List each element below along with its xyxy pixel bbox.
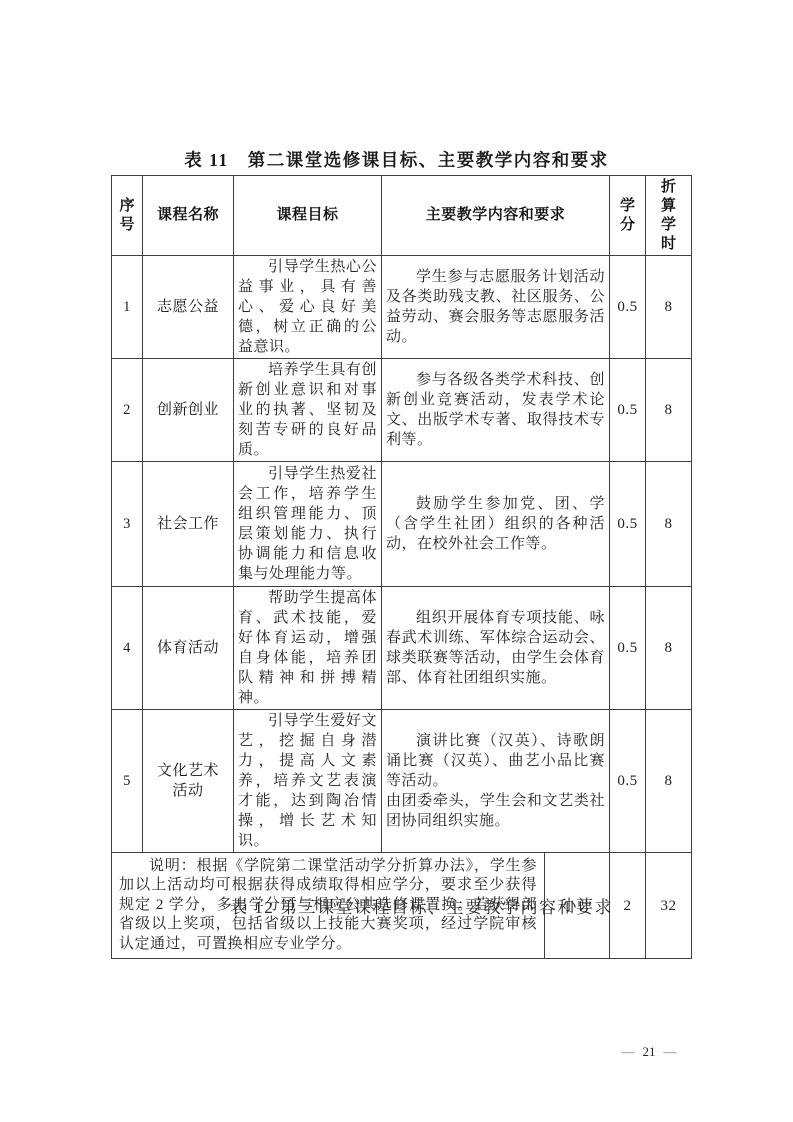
row3-content-text: 鼓励学生参加党、团、学（含学生社团）组织的各种活动，在校外社会工作等。 — [386, 494, 605, 554]
row4-hours: 8 — [646, 587, 692, 710]
row4-goal: 帮助学生提高体育、武术技能，爱好体育运动，增强自身体能，培养团队精神和拼搏精神。 — [234, 587, 382, 710]
header-course-name: 课程名称 — [143, 176, 234, 256]
header-hours-label: 折算学时 — [661, 178, 676, 254]
table-row-1: 1 志愿公益 引导学生热心公益事业，具有善心、爱心良好美德，树立正确的公益意识。… — [112, 256, 692, 359]
row2-content: 参与各级各类学术科技、创新创业竞赛活动，发表学术论文、出版学术专著、取得技术专利… — [382, 359, 610, 462]
table-row-2: 2 创新创业 培养学生具有创新创业意识和对事业的执著、坚韧及刻苦专研的良好品质。… — [112, 359, 692, 462]
header-credit-label: 学分 — [620, 197, 635, 235]
row4-content-text: 组织开展体育专项技能、咏春武术训练、军体综合运动会、球类联赛等活动，由学生会体育… — [386, 608, 605, 688]
table-row-5: 5 文化艺术活动 引导学生爱好文艺，挖掘自身潜力，提高人文素养，培养文艺表演才能… — [112, 710, 692, 853]
row2-content-text: 参与各级各类学术科技、创新创业竞赛活动，发表学术论文、出版学术专著、取得技术专利… — [386, 370, 605, 450]
table11: 序号 课程名称 课程目标 主要教学内容和要求 学分 折算学时 1 志愿公益 引导… — [111, 175, 692, 959]
row3-credit: 0.5 — [610, 462, 646, 587]
row4-goal-text: 帮助学生提高体育、武术技能，爱好体育运动，增强自身体能，培养团队精神和拼搏精神。 — [238, 588, 377, 708]
row2-goal-text: 培养学生具有创新创业意识和对事业的执著、坚韧及刻苦专研的良好品质。 — [238, 360, 377, 460]
row1-content: 学生参与志愿服务计划活动及各类助残支教、社区服务、公益劳动、赛会服务等志愿服务活… — [382, 256, 610, 359]
row5-content: 演讲比赛（汉英）、诗歌朗诵比赛（汉英）、曲艺小品比赛等活动。 由团委牵头，学生会… — [382, 710, 610, 853]
row5-seq: 5 — [112, 710, 143, 853]
header-seq-label: 序号 — [120, 197, 135, 235]
header-content: 主要教学内容和要求 — [382, 176, 610, 256]
row1-seq: 1 — [112, 256, 143, 359]
row5-credit: 0.5 — [610, 710, 646, 853]
row3-hours: 8 — [646, 462, 692, 587]
page-footer: —21— — [606, 1044, 692, 1060]
row1-course-name: 志愿公益 — [143, 256, 234, 359]
header-course-goal: 课程目标 — [234, 176, 382, 256]
row3-course-name: 社会工作 — [143, 462, 234, 587]
row2-hours: 8 — [646, 359, 692, 462]
row2-goal: 培养学生具有创新创业意识和对事业的执著、坚韧及刻苦专研的良好品质。 — [234, 359, 382, 462]
header-hours: 折算学时 — [646, 176, 692, 256]
footer-right-dash: — — [664, 1044, 677, 1059]
document-page: 表 11 第二课堂选修课目标、主要教学内容和要求 序号 课程名称 课程目标 主要… — [0, 0, 793, 1122]
row4-content: 组织开展体育专项技能、咏春武术训练、军体综合运动会、球类联赛等活动，由学生会体育… — [382, 587, 610, 710]
row1-content-text: 学生参与志愿服务计划活动及各类助残支教、社区服务、公益劳动、赛会服务等志愿服务活… — [386, 267, 605, 347]
row2-course-name: 创新创业 — [143, 359, 234, 462]
table-header-row: 序号 课程名称 课程目标 主要教学内容和要求 学分 折算学时 — [112, 176, 692, 256]
row5-course-name: 文化艺术活动 — [143, 710, 234, 853]
row4-course-name: 体育活动 — [143, 587, 234, 710]
row4-seq: 4 — [112, 587, 143, 710]
row2-seq: 2 — [112, 359, 143, 462]
row5-content-text: 演讲比赛（汉英）、诗歌朗诵比赛（汉英）、曲艺小品比赛等活动。 — [386, 731, 605, 791]
row5-goal-text: 引导学生爱好文艺，挖掘自身潜力，提高人文素养，培养文艺表演才能，达到陶冶情操，增… — [238, 711, 377, 851]
row3-goal: 引导学生热爱社会工作，培养学生组织管理能力、顶层策划能力、执行协调能力和信息收集… — [234, 462, 382, 587]
table11-title: 表 11 第二课堂选修课目标、主要教学内容和要求 — [0, 147, 793, 172]
row1-goal: 引导学生热心公益事业，具有善心、爱心良好美德，树立正确的公益意识。 — [234, 256, 382, 359]
row5-content-text-2: 由团委牵头，学生会和文艺类社团协同组织实施。 — [386, 791, 605, 831]
row1-goal-text: 引导学生热心公益事业，具有善心、爱心良好美德，树立正确的公益意识。 — [238, 257, 377, 357]
table-row-4: 4 体育活动 帮助学生提高体育、武术技能，爱好体育运动，增强自身体能，培养团队精… — [112, 587, 692, 710]
header-seq: 序号 — [112, 176, 143, 256]
row3-seq: 3 — [112, 462, 143, 587]
row2-credit: 0.5 — [610, 359, 646, 462]
table12-title: 表 12 第三课堂课程目标、主要教学内容和要求 — [25, 893, 793, 918]
row5-hours: 8 — [646, 710, 692, 853]
row5-goal: 引导学生爱好文艺，挖掘自身潜力，提高人文素养，培养文艺表演才能，达到陶冶情操，增… — [234, 710, 382, 853]
header-credit: 学分 — [610, 176, 646, 256]
row3-goal-text: 引导学生热爱社会工作，培养学生组织管理能力、顶层策划能力、执行协调能力和信息收集… — [238, 464, 377, 584]
row1-credit: 0.5 — [610, 256, 646, 359]
row1-hours: 8 — [646, 256, 692, 359]
page-number: 21 — [643, 1044, 656, 1059]
table-row-3: 3 社会工作 引导学生热爱社会工作，培养学生组织管理能力、顶层策划能力、执行协调… — [112, 462, 692, 587]
row3-content: 鼓励学生参加党、团、学（含学生社团）组织的各种活动，在校外社会工作等。 — [382, 462, 610, 587]
footer-left-dash: — — [622, 1044, 635, 1059]
row4-credit: 0.5 — [610, 587, 646, 710]
